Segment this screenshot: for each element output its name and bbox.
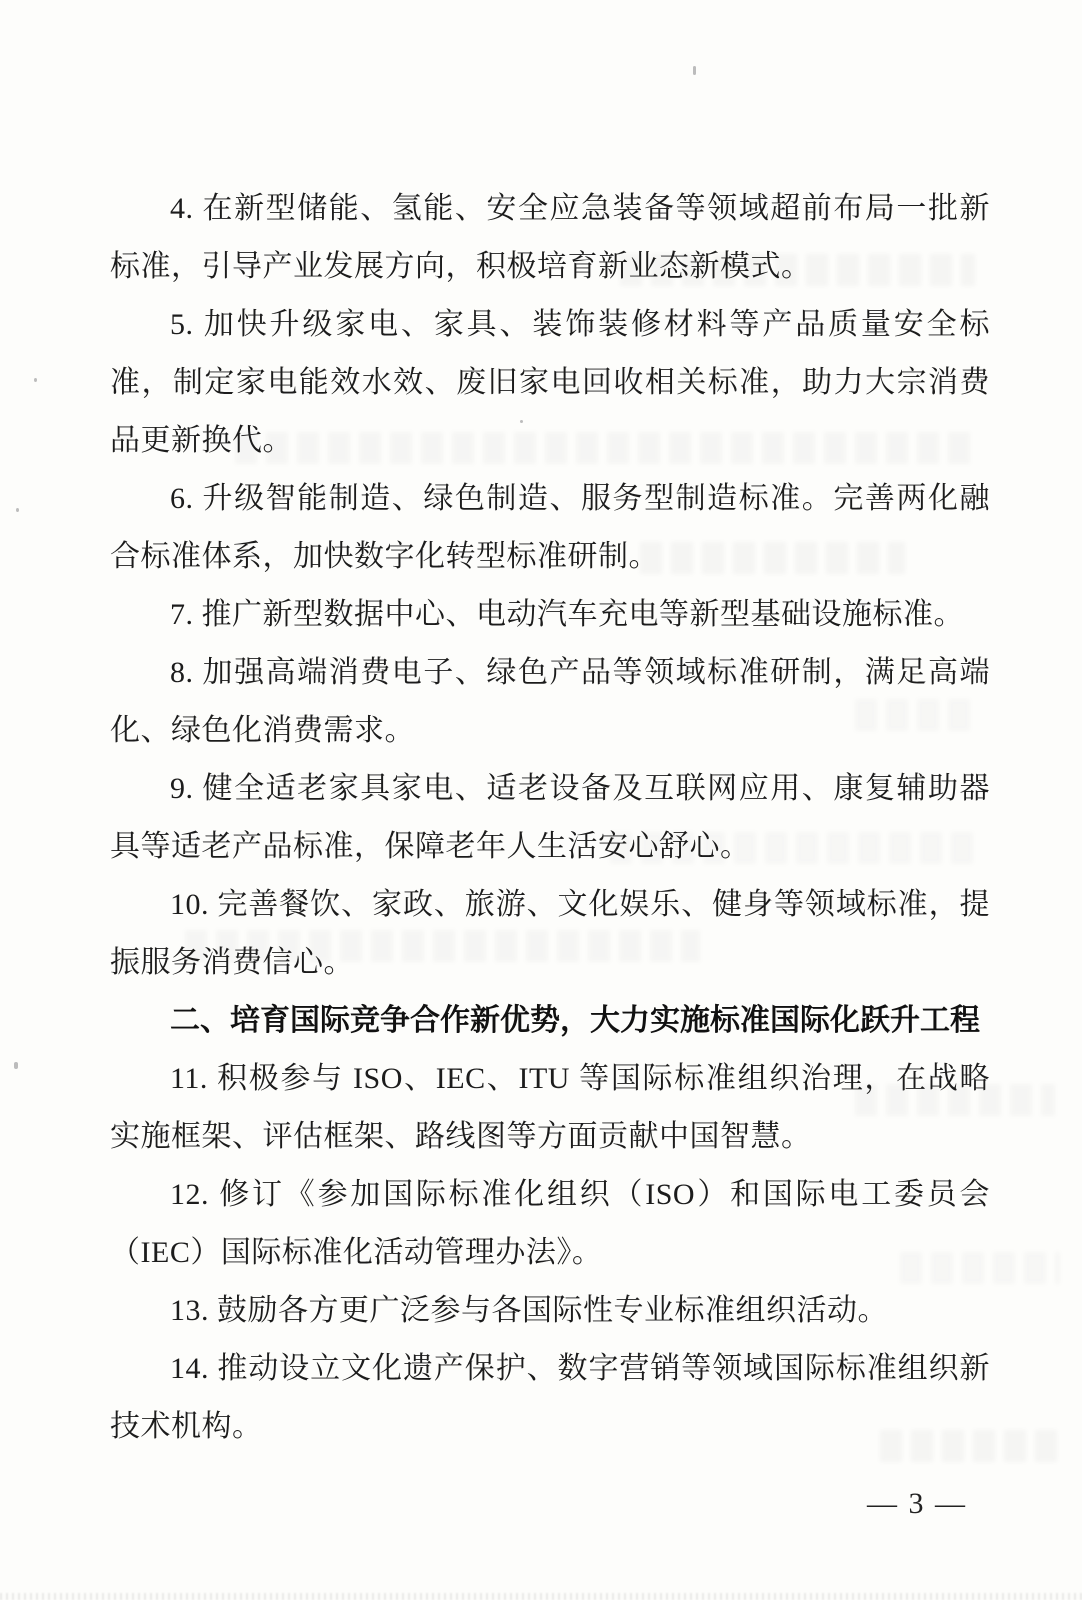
paragraph: 6. 升级智能制造、绿色制造、服务型制造标准。完善两化融合标准体系，加快数字化转… bbox=[110, 470, 990, 586]
scan-speck bbox=[34, 378, 37, 382]
paragraph: 7. 推广新型数据中心、电动汽车充电等新型基础设施标准。 bbox=[110, 586, 990, 644]
paragraph: 4. 在新型储能、氢能、安全应急装备等领域超前布局一批新标准，引导产业发展方向，… bbox=[110, 180, 990, 296]
scan-speck bbox=[14, 1062, 18, 1069]
paragraph: 13. 鼓励各方更广泛参与各国际性专业标准组织活动。 bbox=[110, 1282, 990, 1340]
paragraph: 9. 健全适老家具家电、适老设备及互联网应用、康复辅助器具等适老产品标准，保障老… bbox=[110, 760, 990, 876]
paragraph: 14. 推动设立文化遗产保护、数字营销等领域国际标准组织新技术机构。 bbox=[110, 1340, 990, 1456]
scan-edge-noise bbox=[0, 1593, 1082, 1600]
section-heading: 二、培育国际竞争合作新优势，大力实施标准国际化跃升工程 bbox=[110, 992, 990, 1050]
scan-speck bbox=[693, 66, 696, 75]
page-number: — 3 — bbox=[867, 1487, 967, 1521]
paragraph: 8. 加强高端消费电子、绿色产品等领域标准研制，满足高端化、绿色化消费需求。 bbox=[110, 644, 990, 760]
scanned-document-page: 4. 在新型储能、氢能、安全应急装备等领域超前布局一批新标准，引导产业发展方向，… bbox=[0, 0, 1082, 1600]
scan-speck bbox=[16, 508, 19, 512]
document-body: 4. 在新型储能、氢能、安全应急装备等领域超前布局一批新标准，引导产业发展方向，… bbox=[110, 180, 990, 1456]
paragraph: 5. 加快升级家电、家具、装饰装修材料等产品质量安全标准，制定家电能效水效、废旧… bbox=[110, 296, 990, 470]
paragraph: 11. 积极参与 ISO、IEC、ITU 等国际标准组织治理，在战略实施框架、评… bbox=[110, 1050, 990, 1166]
paragraph: 12. 修订《参加国际标准化组织（ISO）和国际电工委员会（IEC）国际标准化活… bbox=[110, 1166, 990, 1282]
paragraph: 10. 完善餐饮、家政、旅游、文化娱乐、健身等领域标准，提振服务消费信心。 bbox=[110, 876, 990, 992]
